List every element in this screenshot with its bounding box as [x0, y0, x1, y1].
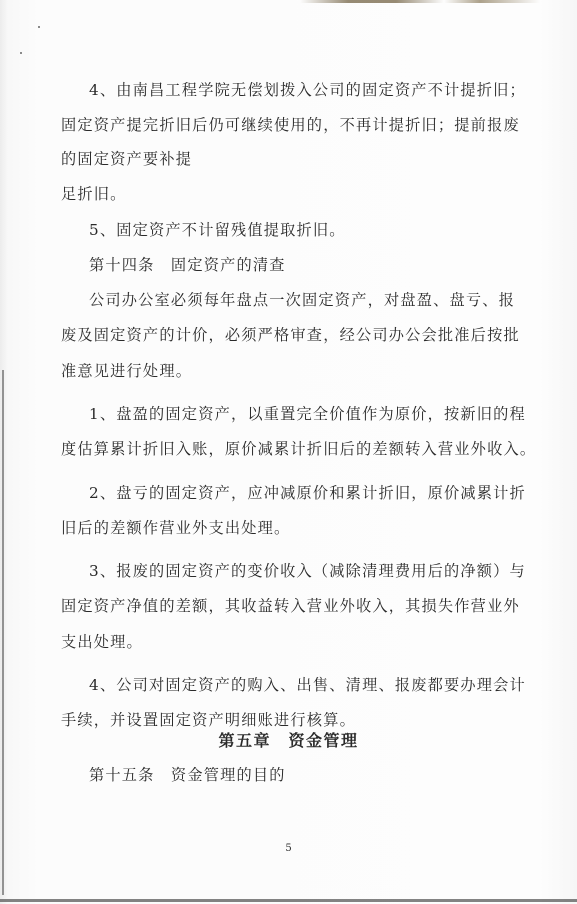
- scan-speck: [20, 52, 22, 54]
- text-line: 度估算累计折旧入账，原价减累计折旧后的差额转入营业外收入。: [61, 440, 536, 458]
- text-line: 旧后的差额作营业外支出处理。: [61, 519, 290, 537]
- article-15-heading: 第十五条 资金管理的目的: [89, 766, 286, 784]
- text-line: 固定资产净值的差额，其收益转入营业外收入，其损失作营业外: [61, 597, 520, 615]
- text-line: 4、公司对固定资产的购入、出售、清理、报废都要办理会计: [89, 676, 526, 694]
- scan-shadow-top: [300, 0, 540, 3]
- text-line: 的固定资产要补提: [61, 150, 192, 168]
- text-line: 第十四条 固定资产的清查: [89, 256, 286, 274]
- text-line: 4、由南昌工程学院无偿划拨入公司的固定资产不计提折旧；: [89, 81, 526, 99]
- text-line: 3、报废的固定资产的变价收入（减除清理费用后的净额）与: [89, 562, 526, 580]
- text-line: 手续，并设置固定资产明细账进行核算。: [61, 711, 356, 729]
- text-line: 公司办公室必须每年盘点一次固定资产，对盘盈、盘亏、报: [89, 291, 515, 309]
- text-line: 5、固定资产不计留残值提取折旧。: [89, 221, 346, 239]
- text-line: 1、盘盈的固定资产，以重置完全价值作为原价，按新旧的程: [89, 405, 526, 423]
- text-line: 足折旧。: [61, 185, 127, 203]
- scan-speck: [38, 26, 40, 28]
- text-line: 2、盘亏的固定资产，应冲减原价和累计折旧，原价减累计折: [89, 484, 526, 502]
- page-number: 5: [0, 843, 577, 854]
- text-line: 准意见进行处理。: [61, 362, 192, 380]
- chapter-heading: 第五章 资金管理: [0, 728, 577, 751]
- text-line: 固定资产提完折旧后仍可继续使用的，不再计提折旧；提前报废: [61, 116, 520, 134]
- scan-edge-bottom: [0, 899, 577, 902]
- text-line: 废及固定资产的计价，必须严格审查，经公司办公会批准后按批: [61, 326, 520, 344]
- scanned-page: 4、由南昌工程学院无偿划拨入公司的固定资产不计提折旧；固定资产提完折旧后仍可继续…: [0, 0, 577, 904]
- scan-edge-left: [2, 370, 4, 895]
- text-line: 支出处理。: [61, 633, 143, 651]
